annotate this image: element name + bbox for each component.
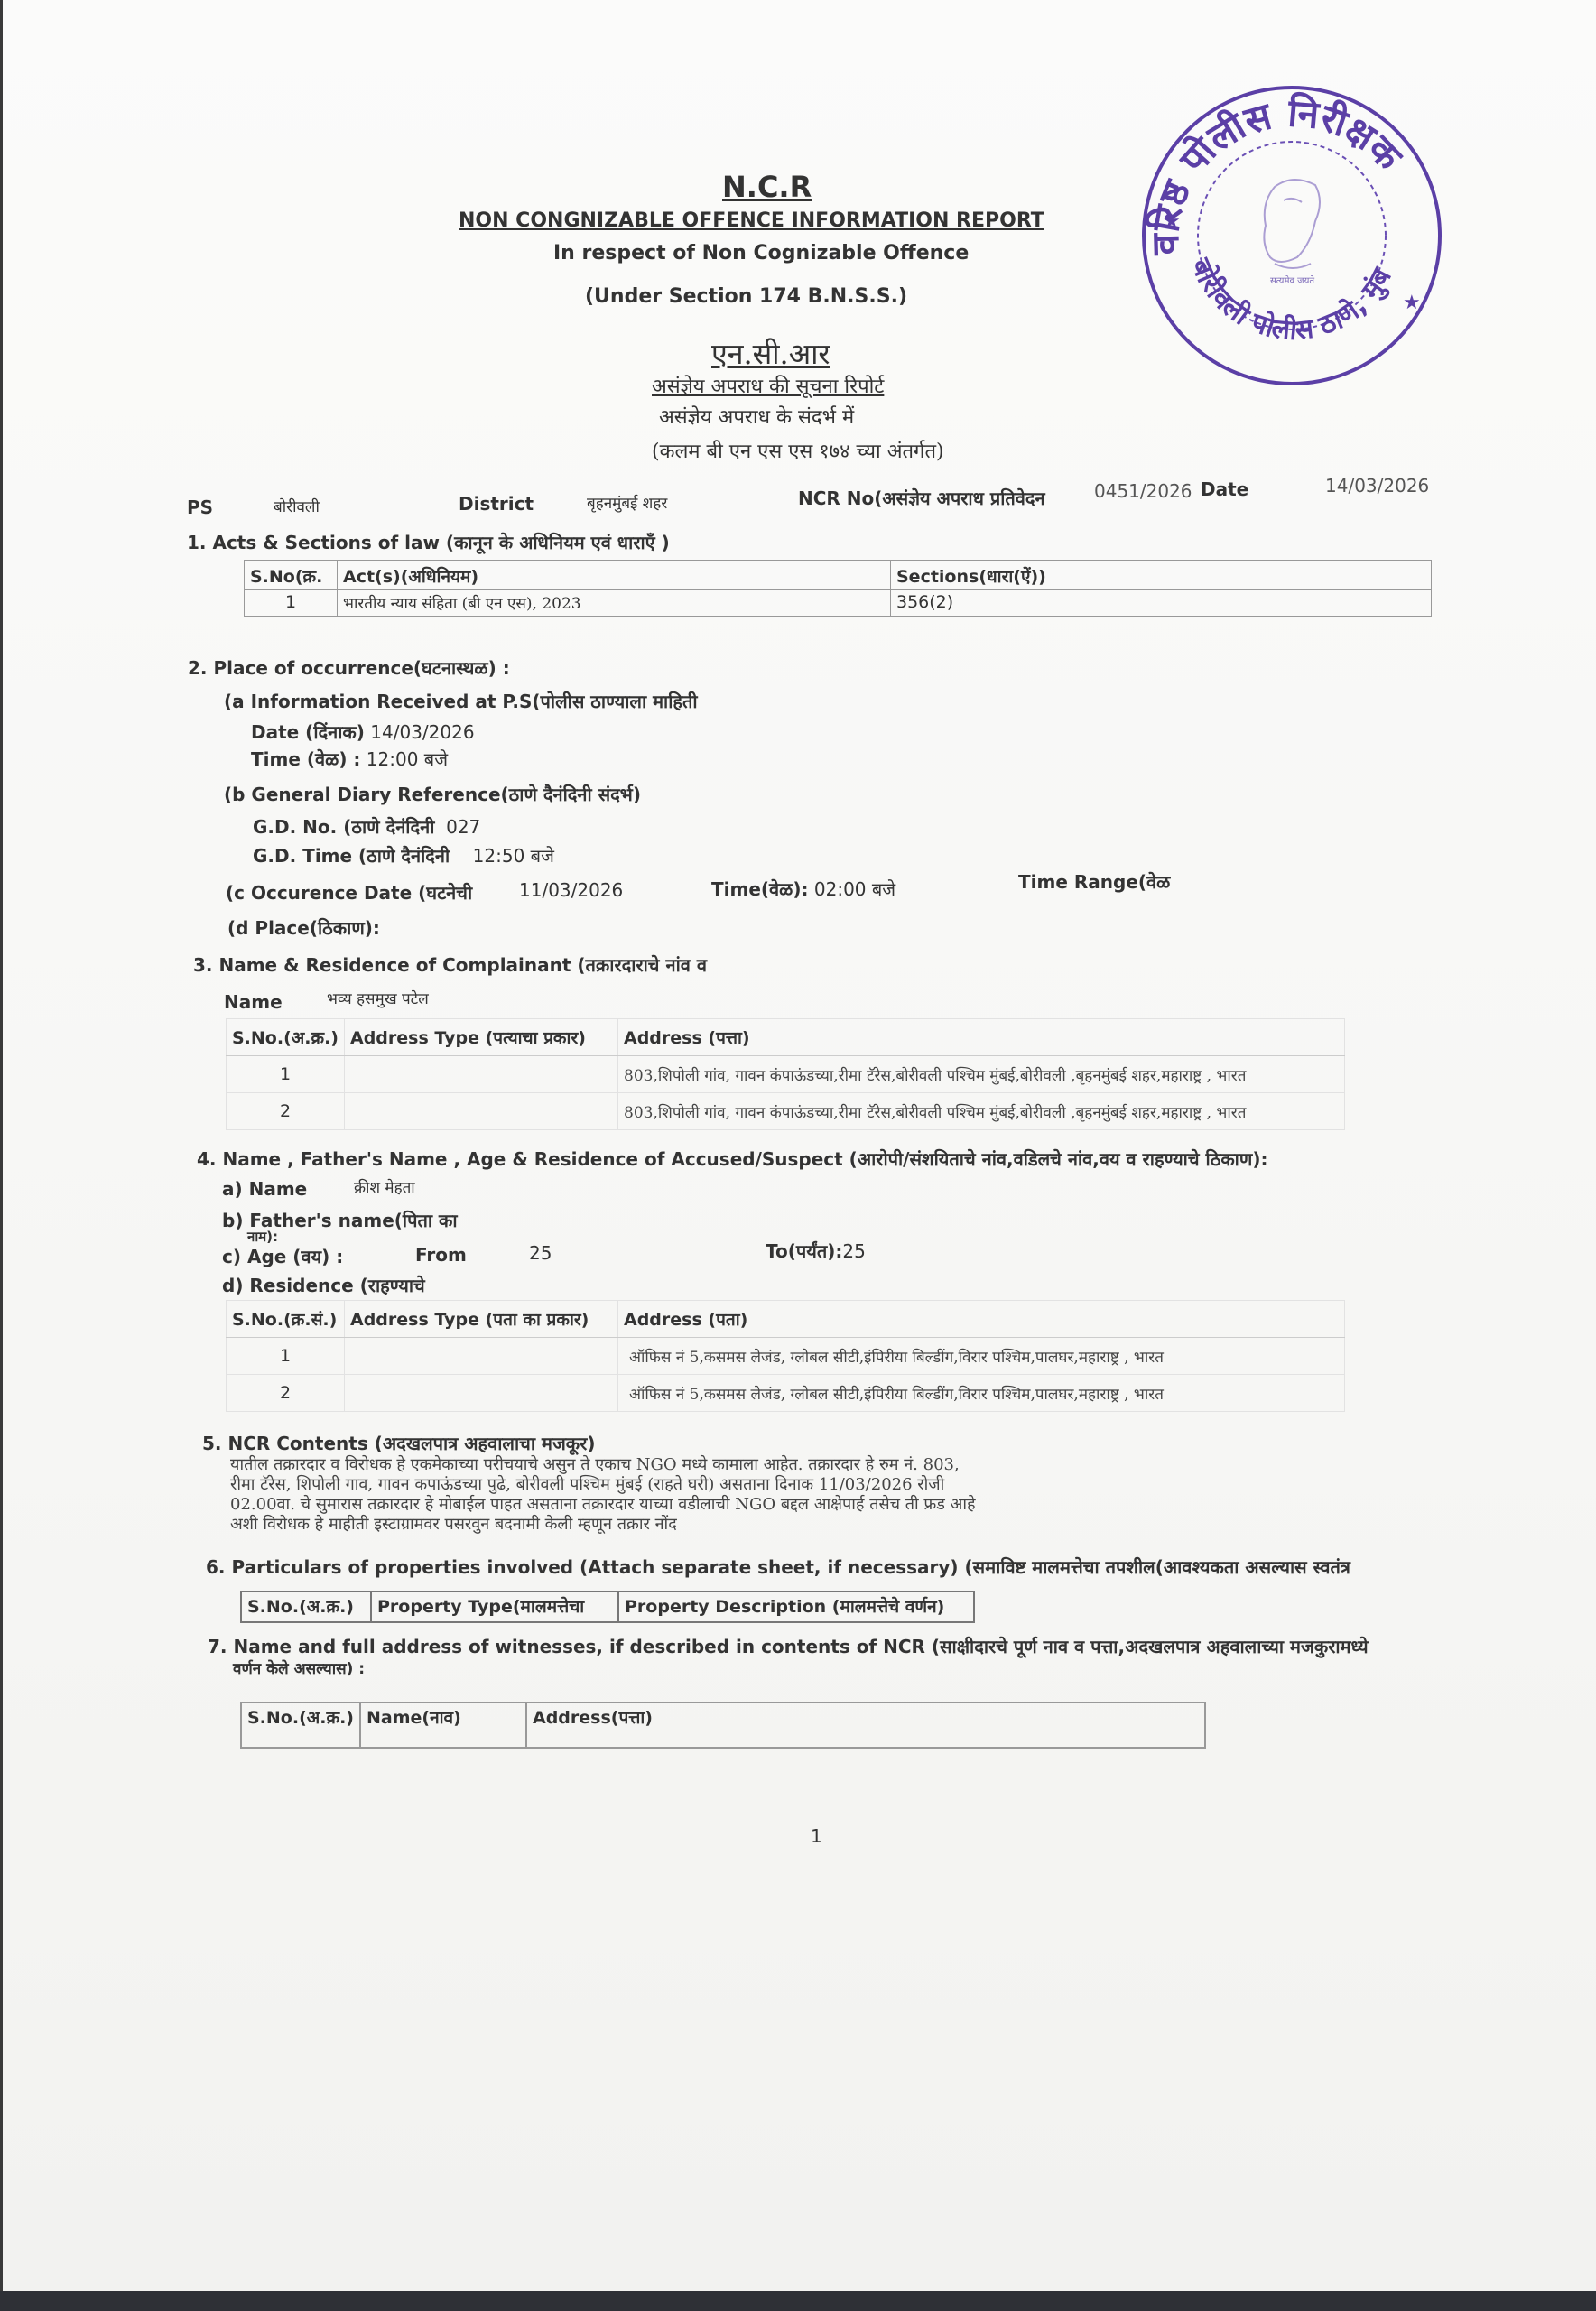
- section1-heading: 1. Acts & Sections of law (कानून के अधिन…: [187, 530, 670, 554]
- age-to-value: 25: [842, 1240, 865, 1262]
- page-edge-left: [0, 0, 3, 2293]
- col-address: Address (पता): [618, 1301, 1345, 1338]
- ps-label: PS: [187, 497, 213, 518]
- residence-label: d) Residence (राहण्याचे: [222, 1273, 425, 1297]
- col-address-type: Address Type (पता का प्रकार): [345, 1301, 618, 1338]
- col-sno: S.No.(अ.क्र.): [241, 1592, 371, 1622]
- age-to-label: To(पर्यंत):: [766, 1240, 842, 1262]
- cell-section: 356(2): [891, 590, 1432, 617]
- page-number: 1: [811, 1825, 822, 1847]
- col-property-description: Property Description (मालमत्तेचे वर्णन): [618, 1592, 974, 1622]
- police-stamp-seal: वरिष्ठ पोलीस निरीक्षक बोरीवली पोलीस ठाणे…: [1139, 83, 1444, 388]
- cell-address-type: [345, 1093, 618, 1130]
- accused-name-value: क्रीश मेहता: [354, 1176, 415, 1197]
- occurence-time-label: Time(वेळ):: [711, 878, 809, 900]
- col-address-type: Address Type (पत्याचा प्रकार): [345, 1019, 618, 1056]
- cell-address: ऑफिस नं 5,कसमस लेजंड, ग्लोबल सीटी,इंपिरी…: [618, 1338, 1345, 1375]
- cell-act: भारतीय न्याय संहिता (बी एन एस), 2023: [338, 590, 891, 617]
- stamp-center-text: सत्यमेव जयते: [1270, 275, 1314, 286]
- section2-heading: 2. Place of occurrence(घटनास्थळ) :: [188, 655, 510, 680]
- scan-bottom-edge: [0, 2291, 1596, 2311]
- ncr-contents-text: यातील तक्रारदार व विरोधक हे एकमेकाच्या प…: [230, 1455, 1043, 1535]
- section4-heading: 4. Name , Father's Name , Age & Residenc…: [197, 1146, 1267, 1171]
- cell-address-type: [345, 1375, 618, 1412]
- gd-time-label: G.D. Time (ठाणे दैनंदिनी: [253, 845, 450, 867]
- contents-line: 02.00वा. चे सुमारास तक्रारदार हे मोबाईल …: [230, 1495, 1043, 1515]
- occurence-date-value: 11/03/2026: [519, 879, 623, 901]
- col-acts: Act(s)(अधिनियम): [338, 561, 891, 590]
- section-hi: (कलम बी एन एस एस १७४ च्या अंतर्गत): [652, 437, 944, 464]
- info-time-value: 12:00 बजे: [367, 748, 448, 770]
- info-date-value: 14/03/2026: [370, 721, 474, 743]
- info-date-label: Date (दिंनाक): [251, 721, 365, 743]
- section6-heading: 6. Particulars of properties involved (A…: [206, 1555, 1350, 1579]
- emblem-icon: [1264, 180, 1320, 268]
- col-name: Name(नाव): [360, 1703, 526, 1748]
- star-icon: ★: [1163, 210, 1181, 233]
- gd-reference-label: (b General Diary Reference(ठाणे दैनंदिनी…: [224, 782, 641, 806]
- section7-heading: 7. Name and full address of witnesses, i…: [208, 1634, 1369, 1658]
- place-label: (d Place(ठिकाण):: [227, 915, 380, 940]
- cell-address: 803,शिपोली गांव, गावन कंपाऊंडच्या,रीमा ट…: [618, 1093, 1345, 1130]
- respect-en: In respect of Non Cognizable Offence: [553, 242, 969, 265]
- col-property-type: Property Type(मालमत्तेचा: [371, 1592, 618, 1622]
- age-from-label: From: [415, 1244, 467, 1266]
- complainant-address-table: S.No.(अ.क्र.) Address Type (पत्याचा प्रक…: [226, 1018, 1345, 1130]
- title-en: N.C.R: [722, 170, 812, 204]
- info-received-label: (a Information Received at P.S(पोलीस ठाण…: [224, 689, 698, 713]
- section5-heading: 5. NCR Contents (अदखलपात्र अहवालाचा मजकू…: [202, 1431, 595, 1455]
- witnesses-table: S.No.(अ.क्र.) Name(नाव) Address(पत्ता): [240, 1702, 1206, 1749]
- col-address: Address (पत्ता): [618, 1019, 1345, 1056]
- date-label: Date: [1201, 478, 1248, 500]
- cell-sno: 2: [227, 1375, 345, 1412]
- table-row: 1 भारतीय न्याय संहिता (बी एन एस), 2023 3…: [245, 590, 1432, 617]
- table-row: 2 803,शिपोली गांव, गावन कंपाऊंडच्या,रीमा…: [227, 1093, 1345, 1130]
- contents-line: अशी विरोधक हे माहीती इस्टाग्रामवर पसरवुन…: [230, 1515, 1043, 1535]
- col-sno: S.No.(अ.क्र.): [227, 1019, 345, 1056]
- cell-address: 803,शिपोली गांव, गावन कंपाऊंडच्या,रीमा ट…: [618, 1056, 1345, 1093]
- father-name-label-2: नाम):: [247, 1228, 278, 1246]
- complainant-name-label: Name: [224, 991, 283, 1013]
- cell-sno: 2: [227, 1093, 345, 1130]
- table-row: 1 803,शिपोली गांव, गावन कंपाऊंडच्या,रीमा…: [227, 1056, 1345, 1093]
- info-time-label: Time (वेळ) :: [251, 748, 360, 770]
- occurence-date-label: (c Occurence Date (घटनेची: [226, 880, 472, 905]
- cell-sno: 1: [227, 1056, 345, 1093]
- accused-address-table: S.No.(क्र.सं.) Address Type (पता का प्रक…: [226, 1300, 1345, 1412]
- district-label: District: [459, 493, 534, 515]
- age-label: c) Age (वय) :: [222, 1244, 343, 1268]
- cell-address: ऑफिस नं 5,कसमस लेजंड, ग्लोबल सीटी,इंपिरी…: [618, 1375, 1345, 1412]
- contents-line: यातील तक्रारदार व विरोधक हे एकमेकाच्या प…: [230, 1455, 1043, 1475]
- date-value: 14/03/2026: [1325, 475, 1429, 497]
- age-from-value: 25: [529, 1242, 552, 1264]
- stamp-top-text: वरिष्ठ पोलीस निरीक्षक: [1143, 90, 1412, 256]
- star-icon: ★: [1403, 292, 1421, 314]
- gd-no-value: 027: [446, 816, 480, 838]
- subtitle-en: NON CONGNIZABLE OFFENCE INFORMATION REPO…: [459, 209, 1044, 232]
- cell-address-type: [345, 1056, 618, 1093]
- district-value: बृहनमुंबई शहर: [587, 492, 667, 513]
- ncr-no-value: 0451/2026: [1094, 480, 1192, 502]
- svg-text:वरिष्ठ पोलीस निरीक्षक: वरिष्ठ पोलीस निरीक्षक: [1143, 90, 1412, 256]
- acts-table: S.No(क्र. Act(s)(अधिनियम) Sections(धारा(…: [244, 560, 1432, 617]
- title-hi: एन.सी.आर: [711, 334, 830, 373]
- section-en: (Under Section 174 B.N.S.S.): [585, 285, 907, 308]
- section7-heading-2: वर्णन केले असल्यास) :: [233, 1657, 365, 1678]
- cell-sno: 1: [227, 1338, 345, 1375]
- document-page: वरिष्ठ पोलीस निरीक्षक बोरीवली पोलीस ठाणे…: [0, 0, 1596, 2293]
- complainant-name-value: भव्य हसमुख पटेल: [327, 988, 429, 1008]
- cell-address-type: [345, 1338, 618, 1375]
- gd-no-label: G.D. No. (ठाणे देनंदिनी: [253, 816, 434, 838]
- section3-heading: 3. Name & Residence of Complainant (तक्र…: [193, 952, 707, 977]
- accused-name-label: a) Name: [222, 1178, 307, 1200]
- subtitle-hi: असंज्ञेय अपराध की सूचना रिपोर्ट: [652, 372, 884, 399]
- ps-value: बोरीवली: [274, 496, 320, 516]
- ncr-no-label: NCR No(असंज्ञेय अपराध प्रतिवेदन: [798, 486, 1045, 510]
- respect-hi: असंज्ञेय अपराध के संदर्भ में: [659, 403, 854, 430]
- gd-time-value: 12:50 बजे: [473, 845, 554, 867]
- properties-table: S.No.(अ.क्र.) Property Type(मालमत्तेचा P…: [240, 1591, 975, 1623]
- col-address: Address(पत्ता): [526, 1703, 1205, 1748]
- contents-line: रीमा टॅरेस, शिपोली गाव, गावन कपाऊंडच्या …: [230, 1475, 1043, 1495]
- table-row: 1 ऑफिस नं 5,कसमस लेजंड, ग्लोबल सीटी,इंपि…: [227, 1338, 1345, 1375]
- col-sections: Sections(धारा(ऐं)): [891, 561, 1432, 590]
- col-sno: S.No.(क्र.सं.): [227, 1301, 345, 1338]
- cell-sno: 1: [245, 590, 338, 617]
- time-range-label: Time Range(वेळ: [1018, 869, 1170, 894]
- occurence-time-value: 02:00 बजे: [814, 878, 895, 900]
- col-sno: S.No.(अ.क्र.): [241, 1703, 360, 1748]
- col-sno: S.No(क्र.: [245, 561, 338, 590]
- table-row: 2 ऑफिस नं 5,कसमस लेजंड, ग्लोबल सीटी,इंपि…: [227, 1375, 1345, 1412]
